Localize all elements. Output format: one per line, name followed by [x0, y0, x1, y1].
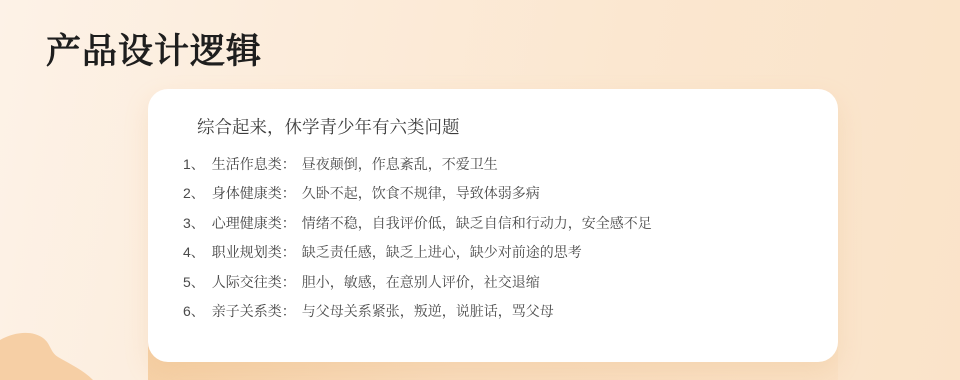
item-description: 昼夜颠倒，作息紊乱，不爱卫生	[302, 154, 498, 174]
item-number: 5、	[183, 272, 205, 292]
item-category: 职业规划类：	[212, 242, 296, 262]
problem-item: 4、 职业规划类： 缺乏责任感，缺乏上进心，缺少对前途的思考	[183, 238, 818, 268]
item-category: 身体健康类：	[212, 183, 296, 203]
item-number: 6、	[183, 301, 205, 321]
corner-blob-decoration	[0, 330, 110, 380]
item-description: 与父母关系紧张，叛逆，说脏话，骂父母	[302, 301, 554, 321]
slide-canvas: 产品设计逻辑 综合起来，休学青少年有六类问题 1、 生活作息类： 昼夜颠倒，作息…	[0, 0, 960, 380]
item-category: 心理健康类：	[212, 213, 296, 233]
item-description: 胆小，敏感，在意别人评价，社交退缩	[302, 272, 540, 292]
item-number: 3、	[183, 213, 205, 233]
item-category: 人际交往类：	[212, 272, 296, 292]
problem-item: 1、 生活作息类： 昼夜颠倒，作息紊乱，不爱卫生	[183, 149, 818, 179]
item-number: 4、	[183, 242, 205, 262]
page-title: 产品设计逻辑	[46, 33, 262, 71]
card-heading: 综合起来，休学青少年有六类问题	[197, 116, 460, 138]
item-number: 2、	[183, 183, 205, 203]
item-category: 生活作息类：	[212, 154, 296, 174]
problem-item: 5、 人际交往类： 胆小，敏感，在意别人评价，社交退缩	[183, 267, 818, 297]
problem-item: 3、 心理健康类： 情绪不稳，自我评价低，缺乏自信和行动力，安全感不足	[183, 208, 818, 238]
content-card: 综合起来，休学青少年有六类问题 1、 生活作息类： 昼夜颠倒，作息紊乱，不爱卫生…	[148, 89, 838, 362]
problem-item: 2、 身体健康类： 久卧不起，饮食不规律，导致体弱多病	[183, 179, 818, 209]
item-number: 1、	[183, 154, 205, 174]
problem-list: 1、 生活作息类： 昼夜颠倒，作息紊乱，不爱卫生 2、 身体健康类： 久卧不起，…	[183, 149, 818, 326]
item-category: 亲子关系类：	[212, 301, 296, 321]
item-description: 久卧不起，饮食不规律，导致体弱多病	[302, 183, 540, 203]
item-description: 缺乏责任感，缺乏上进心，缺少对前途的思考	[302, 242, 582, 262]
item-description: 情绪不稳，自我评价低，缺乏自信和行动力，安全感不足	[302, 213, 652, 233]
problem-item: 6、 亲子关系类： 与父母关系紧张，叛逆，说脏话，骂父母	[183, 297, 818, 327]
